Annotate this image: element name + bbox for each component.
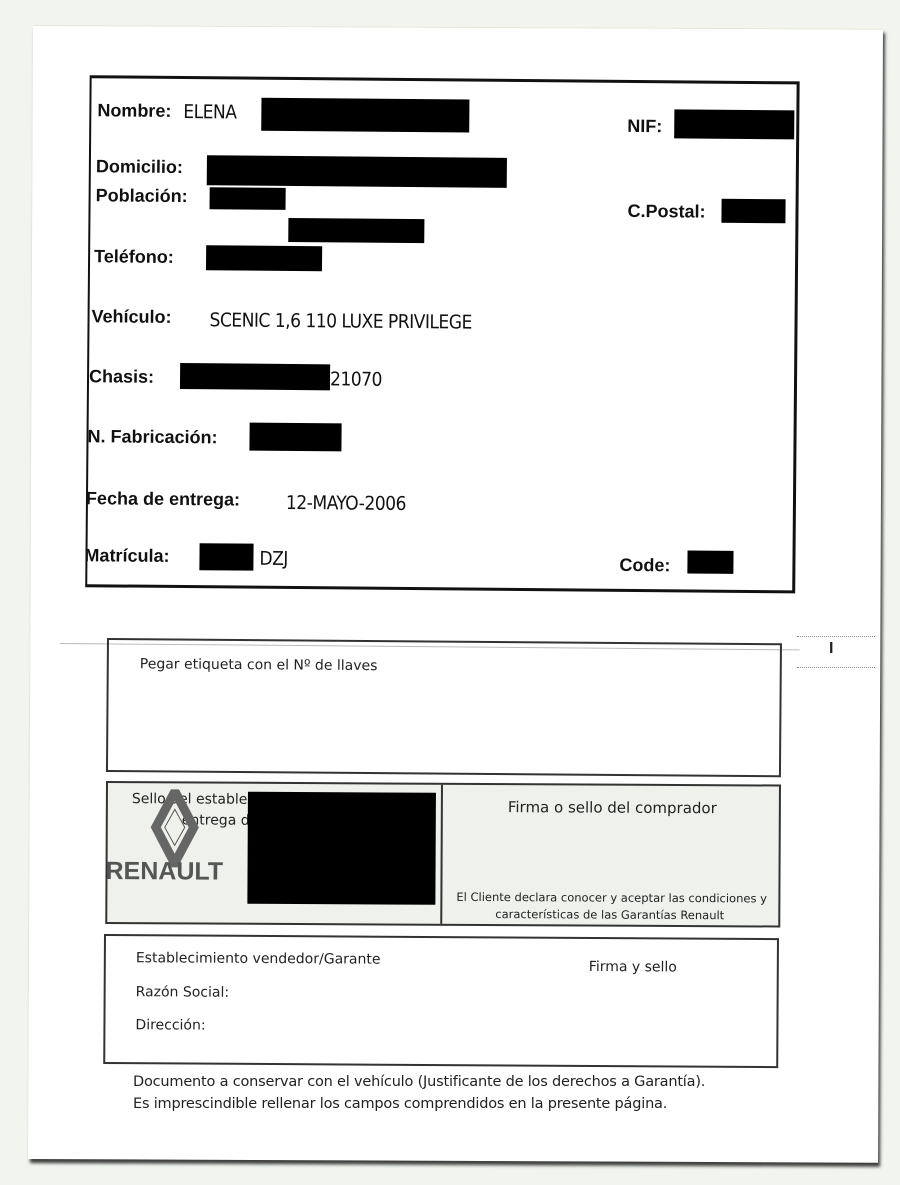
fabricacion-label: N. Fabricación: — [87, 426, 217, 448]
dealer-box: Establecimiento vendedor/Garante Firma y… — [103, 934, 779, 1068]
stamp-signature-box: Sello del estable entrega d RENAULT Firm… — [105, 781, 781, 928]
sticker-border: Nombre: ELENA NIF: Domicilio: Población:… — [85, 75, 799, 593]
vehiculo-label: Vehículo: — [91, 306, 171, 328]
page-number: I — [829, 640, 833, 658]
buyer-note-line2: características de las Garantías Renault — [495, 907, 724, 922]
nif-label: NIF: — [627, 116, 662, 137]
footer-line-1: Documento a conservar con el vehículo (J… — [133, 1074, 705, 1090]
code-redaction — [687, 550, 733, 573]
chasis-label: Chasis: — [89, 366, 154, 388]
domicilio-label: Domicilio: — [96, 156, 183, 178]
nombre-label: Nombre: — [97, 100, 171, 122]
buyer-signature-title: Firma o sello del comprador — [508, 798, 717, 817]
poblacion-label: Población: — [96, 185, 188, 207]
fecha-entrega-label: Fecha de entrega: — [86, 488, 240, 510]
customer-vehicle-sticker: Nombre: ELENA NIF: Domicilio: Población:… — [60, 38, 805, 650]
matricula-value-suffix: DZJ — [259, 548, 288, 570]
stamp-divider — [440, 785, 443, 924]
dealer-signature-label: Firma y sello — [589, 959, 677, 976]
nombre-redaction — [261, 98, 469, 133]
renault-wordmark: RENAULT — [105, 857, 223, 887]
matricula-label: Matrícula: — [84, 545, 169, 567]
keys-label-text: Pegar etiqueta con el Nº de llaves — [140, 656, 378, 674]
cpostal-redaction — [721, 199, 785, 224]
direccion-label: Dirección: — [135, 1017, 205, 1033]
razon-social-label: Razón Social: — [136, 984, 230, 1001]
telefono-label: Teléfono: — [94, 246, 174, 268]
telefono-redaction — [206, 245, 322, 271]
cpostal-label: C.Postal: — [627, 201, 705, 223]
poblacion-redaction — [210, 187, 286, 210]
keys-label-box: Pegar etiqueta con el Nº de llaves — [106, 638, 782, 777]
buyer-note-line1: El Cliente declara conocer y aceptar las… — [456, 890, 767, 906]
page-number-tab: I — [797, 636, 875, 668]
fabricacion-redaction — [249, 423, 341, 452]
vehiculo-value: SCENIC 1,6 110 LUXE PRIVILEGE — [209, 309, 471, 333]
dealer-title: Establecimiento vendedor/Garante — [136, 950, 381, 967]
poblacion-extra-redaction — [288, 218, 424, 243]
matricula-redaction — [199, 543, 253, 570]
code-label: Code: — [619, 555, 670, 576]
fecha-entrega-value: 12-MAYO-2006 — [286, 492, 406, 515]
nif-redaction — [674, 109, 794, 139]
footer-line-2: Es imprescindible rellenar los campos co… — [133, 1096, 667, 1112]
chasis-value-suffix: 21070 — [330, 368, 382, 390]
renault-diamond-logo-icon — [146, 789, 204, 867]
seller-stamp-redaction — [247, 792, 436, 905]
chasis-redaction — [180, 363, 330, 390]
nombre-value: ELENA — [183, 101, 236, 123]
domicilio-redaction — [207, 155, 507, 188]
